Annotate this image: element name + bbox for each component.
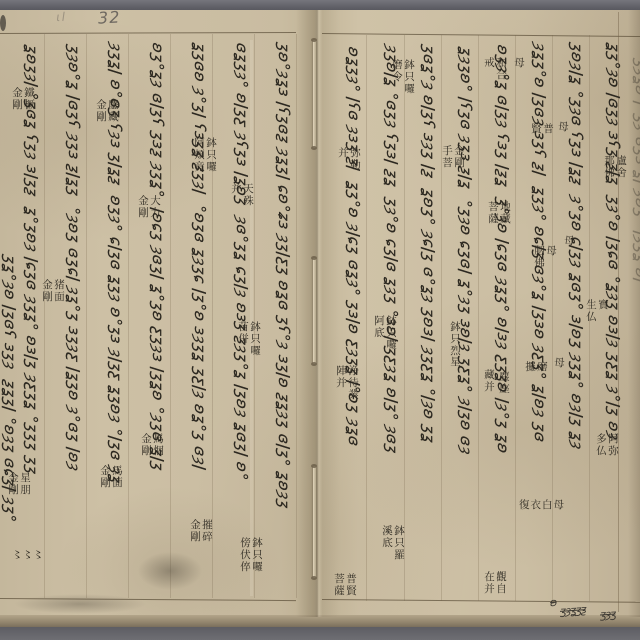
left-page-tibetan-column: ʓʒɞʚ ȝ°ʒǀ ʕɜʒʓ ƺʒȝǀ °ʚʒɞ ʓȝʒɕ ǀʒ°ʚ ɜȝʒʓ … [191,42,208,471]
right-page-chinese-gloss: 盧舍那佛 [604,156,627,180]
gloss-column: 金剛 [8,473,19,497]
left-page-chinese-gloss: 鉢只囉苗併 [238,322,261,357]
gloss-column: 母 [564,236,575,248]
gloss-column: 并 [338,148,349,172]
left-page-chinese-gloss: 鉢只囉傍伏倅 [240,538,263,573]
left-page-chinese-gloss: 鏖藏金剛 [96,100,119,124]
gloss-column: 普 [543,124,554,136]
right-page-tibetan-column: ʒȝʓʚ ǀ°ʒȝ ɞʒɜ ʓǀ ȝʚʒ° ǀȝʒʓ ʚǀ [632,58,640,285]
right-page-tibetan-column: ʒɞʓ°ȝ ʚǀʒʕ ɜȝʒ ǀƺ ʓʚʒ° ȝɕǀʒ ɞ°ʓȝ ʒʚɜǀ ȝʒ… [420,44,437,444]
left-page-chinese-gloss: 大力金剛 [138,196,161,220]
right-page-chinese-gloss: 普賢菩薩 [334,574,357,598]
right-page-chinese-gloss: 弥勒并 [338,148,361,172]
right-page-chinese-gloss: 藏并 [484,370,495,394]
gloss-column: 在并 [484,572,495,596]
right-page-chinese-gloss: 寶生仏 [586,300,609,324]
right-page-chinese-gloss: 浄待業陣并 [336,366,359,401]
left-page-chinese-gloss: 馬面金剛 [100,466,123,490]
gloss-column: 復 [519,500,530,512]
manuscript-photo: 32 ɩl ʒʚ°ȝʓɜ ǀʕʒɞƺ ȝʓʒǀ ɕʚ°ʑɜ ȝʒǀƹʒ ʚʓɞ … [0,0,640,640]
gloss-column: 鉢只烈星 [450,322,461,369]
gloss-column: 母 [546,246,557,270]
gloss-column: 菩薩 [334,574,345,598]
right-page-chinese-gloss: 鉢只囉阿底 [374,316,397,351]
gloss-column: 寶 [598,300,609,324]
gloss-column: 鐵橛 [24,88,35,112]
left-page-chinese-gloss: 星朋金剛 [8,473,31,497]
gloss-column: 金剛 [190,520,201,544]
left-page-tibetan-column: ʒȝʚ°ʓ ǀɞʒʕ ȝʒɜ ƺǀʓʒ °ȝʚʒ ɞʒɕǀ ȝʓ°ʒ ɜʒȝƹ … [65,44,82,472]
gloss-column: 藏并 [484,370,495,394]
photo-background-top [0,0,640,10]
gloss-column: 賢 [531,124,542,136]
gloss-column: 并 [231,184,242,208]
gloss-column: 阿頬竟 [194,138,205,173]
gloss-column: 母 [554,358,565,370]
photo-background-bottom [0,627,640,640]
gloss-column: 鉢只囉 [252,538,263,573]
gloss-column: 苗併 [238,322,249,357]
right-page-tibetan-column: ȝʓʒ°ʚ ǀʒɞȝ ɜʒʕ ƺǀ ʓʒȝ° ʚɕǀʒ ɞȝ°ʓ ǀʒɜʚ ȝƹ… [531,42,548,444]
gloss-column: 傍伏倅 [240,538,251,573]
gloss-column: 生仏 [586,300,597,324]
ink-layer: ʒʚ°ȝʓɜ ǀʕʒɞƺ ȝʓʒǀ ɕʚ°ʑɜ ȝʒǀƹʒ ʚʓɞ ʒʕ°ȝ ɜ… [0,0,640,640]
gloss-column: 金剛 [141,434,152,458]
gloss-column: 鉢只囉 [250,322,261,357]
gloss-column: 鏖藏 [108,100,119,124]
right-page-chinese-gloss: 母 [558,122,569,134]
gloss-column: 馬面 [112,466,123,490]
left-page-tibetan-column: ʒʚ°ȝʓɜ ǀʕʒɞƺ ȝʓʒǀ ɕʚ°ʑɜ ȝʒǀƹʒ ʚʓɞ ʒʕ°ȝ ɜ… [275,42,292,510]
right-page-chinese-gloss: 母 [564,236,575,248]
gloss-column: 弥勒 [350,148,361,172]
right-page-tibetan-column: ʓȝʒʚ° ǀʕʒɞ ȝʒɜ ƺǀʓ °ʒȝʚ ɕʒɞǀ ʓ°ȝʒ ɜʚǀȝ ʒ… [457,46,474,456]
pencil-scrawl: ʒȝʓʒƺ [560,603,586,618]
gloss-column: 戒 [484,58,495,82]
gloss-column: 猪面 [54,280,65,304]
gloss-column: 金剛 [454,146,465,170]
gloss-column: 陣并 [336,366,347,401]
gloss-column: 攞 [525,362,536,374]
gloss-column: 金剛 [12,88,23,112]
right-page-chinese-gloss: 磨攞 [525,362,548,374]
gloss-column: 鉢只羅 [394,526,405,561]
right-page-chinese-gloss: 母 [514,58,525,70]
gloss-column: 手菩 [442,146,453,170]
gloss-column: 觀自 [496,572,507,596]
right-page-chinese-gloss: 母 [554,358,565,370]
right-page-chinese-gloss: 母胭佛 [534,246,557,270]
right-page-chinese-gloss: 金剛手菩 [442,146,465,170]
gloss-column: 溪底 [382,526,393,561]
gloss-column: 母 [554,500,565,512]
gloss-column: 阿底 [374,316,385,351]
gloss-column: 星朋 [20,473,31,497]
right-page-chinese-gloss: 塵座 [499,372,510,396]
left-page-tibetan-column: ɞʓʒȝ° ʚǀʒƹ ȝʕʒɜ ǀʓʚʒ ȝɞ°ʒʓ ɕʒǀȝ ʚɜʒ ƺȝʒ°… [233,42,250,482]
right-page-tibetan-column: ʓʒ°ȝʚ ǀɞʒȝ ɜʕʒ ƺǀʓ ʒȝ°ʚ ǀʒɕɞ °ʓȝʒ ʚɜǀȝ ʒ… [605,42,622,441]
left-page-chinese-gloss: 鉢只囉阿頬竟 [194,138,217,173]
gloss-column: 阿弥 [608,434,619,458]
pencil-scrawl: ʚ [550,596,557,609]
right-page-chinese-gloss: 鉢只囉磨令 [392,60,415,95]
gloss-column: 大力 [150,196,161,220]
left-page-chinese-gloss: 〻〻〻 [12,550,23,562]
right-page-chinese-gloss: 阿弥多仏 [596,434,619,458]
gloss-column: 金剛 [138,196,149,220]
gloss-column: 地藏 [500,202,511,226]
left-page-chinese-gloss: 天殊并 [231,184,254,208]
gloss-column: 鉢只囉 [386,316,397,351]
gloss-column: 和合 [496,58,507,82]
gloss-column: 磨令 [392,60,403,95]
left-page-chinese-gloss: 鐵橛金剛 [12,88,35,112]
gloss-column: 那佛 [604,156,615,180]
gloss-column: 母 [514,58,525,70]
gloss-column: 金剛 [100,466,111,490]
right-page-chinese-gloss: 觀自在并 [484,572,507,596]
right-page-tibetan-column: ȝʒʚǀʓ °ɞʒȝ ʕʒɜǀ ƺʓ ʒȝ°ʚ ɕʒǀɞ ʓȝʒ °ɜʚǀ ʒƹ… [383,44,400,455]
gloss-column: 摧碎 [202,520,213,544]
gloss-column: 天殊 [243,184,254,208]
gloss-column: 浄待業 [348,366,359,401]
right-page-chinese-gloss: 和合戒 [484,58,507,82]
gloss-column: 衣 [531,500,542,512]
right-page-chinese-gloss: 地藏菩薩 [488,202,511,226]
gloss-column: 馬悃 [153,434,164,458]
gloss-column: 菩薩 [488,202,499,226]
gloss-column: 磨 [537,362,548,374]
left-page-tibetan-column: ʚʒ°ʓȝ ɞǀʒʕ ʒɜƺ ȝʒʓ° ǀʚɕʒ ȝɞʒǀ ʓ°ʒʚ ƹʒȝɜ … [149,42,166,472]
gloss-column: 普賢 [346,574,357,598]
gloss-column: 母 [558,122,569,134]
left-page-chinese-gloss: 猪面金剛 [42,280,65,304]
gloss-column: 金剛 [42,280,53,304]
left-page-chinese-gloss: 摧碎金剛 [190,520,213,544]
right-page-chinese-gloss: 普賢 [531,124,554,136]
right-page-chinese-gloss: 鉢只羅溪底 [382,526,405,561]
gloss-column: 鉢只囉 [404,60,415,95]
gloss-column: 盧舍 [616,156,627,180]
gloss-column: 白 [542,500,553,512]
right-page-chinese-gloss: 復衣白母 [519,500,564,512]
gloss-column: 〻〻〻 [12,550,23,562]
gloss-column: 胭佛 [534,246,545,270]
gloss-column: 金剛 [96,100,107,124]
gloss-column: 塵座 [499,372,510,396]
pencil-scrawl: ʒȝʒ [600,607,616,621]
gloss-column: 鉢只囉 [206,138,217,173]
gloss-column: 多仏 [596,434,607,458]
left-page-chinese-gloss: 馬悃金剛 [141,434,164,458]
right-page-chinese-gloss: 鉢只烈星 [450,322,461,369]
